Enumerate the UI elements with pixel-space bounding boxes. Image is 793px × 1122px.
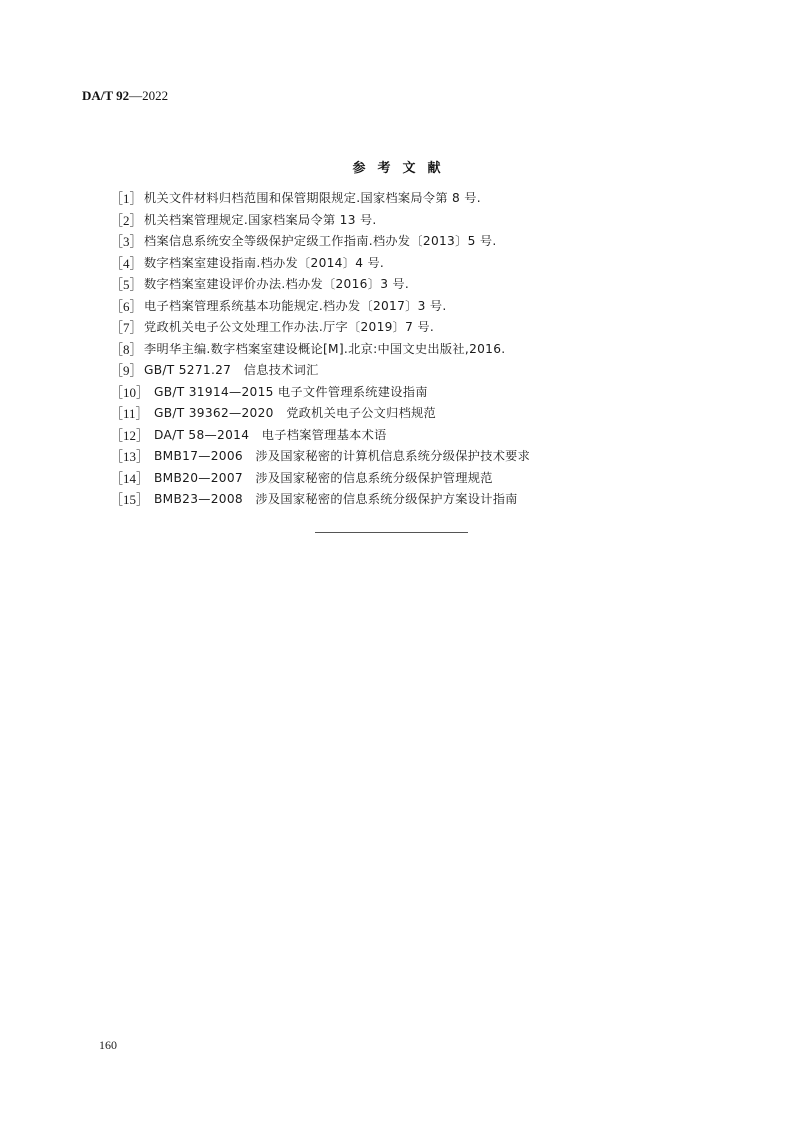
standard-year: —2022 — [129, 88, 168, 103]
reference-text: 机关文件材料归档范围和保管期限规定.国家档案局令第 8 号. — [144, 188, 481, 210]
reference-item: ［15］BMB23—2008 涉及国家秘密的信息系统分级保护方案设计指南 — [110, 489, 530, 511]
reference-item: ［11］GB/T 39362—2020 党政机关电子公文归档规范 — [110, 403, 530, 425]
reference-number: ［9］ — [110, 360, 144, 382]
reference-item: ［14］BMB20—2007 涉及国家秘密的信息系统分级保护管理规范 — [110, 468, 530, 490]
reference-number: ［13］ — [110, 446, 154, 468]
reference-text: 党政机关电子公文处理工作办法.厅字〔2019〕7 号. — [144, 317, 434, 339]
reference-text: BMB23—2008 涉及国家秘密的信息系统分级保护方案设计指南 — [154, 489, 518, 511]
reference-number: ［6］ — [110, 296, 144, 318]
reference-number: ［15］ — [110, 489, 154, 511]
reference-number: ［2］ — [110, 210, 144, 232]
reference-number: ［12］ — [110, 425, 154, 447]
reference-number: ［8］ — [110, 339, 144, 361]
reference-text: GB/T 39362—2020 党政机关电子公文归档规范 — [154, 403, 436, 425]
reference-item: ［2］机关档案管理规定.国家档案局令第 13 号. — [110, 210, 530, 232]
reference-text: DA/T 58—2014 电子档案管理基本术语 — [154, 425, 387, 447]
reference-text: 李明华主编.数字档案室建设概论[M].北京:中国文史出版社,2016. — [144, 339, 505, 361]
reference-number: ［11］ — [110, 403, 154, 425]
reference-item: ［6］电子档案管理系统基本功能规定.档办发〔2017〕3 号. — [110, 296, 530, 318]
document-header: DA/T 92—2022 — [82, 88, 168, 104]
page-number: 160 — [99, 1038, 117, 1053]
reference-item: ［9］GB/T 5271.27 信息技术词汇 — [110, 360, 530, 382]
reference-text: 档案信息系统安全等级保护定级工作指南.档办发〔2013〕5 号. — [144, 231, 497, 253]
section-title: 参考文献 — [0, 157, 793, 176]
end-rule-divider — [315, 532, 468, 533]
reference-text: 数字档案室建设指南.档办发〔2014〕4 号. — [144, 253, 384, 275]
reference-text: 数字档案室建设评价办法.档办发〔2016〕3 号. — [144, 274, 409, 296]
reference-number: ［5］ — [110, 274, 144, 296]
reference-text: BMB20—2007 涉及国家秘密的信息系统分级保护管理规范 — [154, 468, 493, 490]
reference-item: ［4］数字档案室建设指南.档办发〔2014〕4 号. — [110, 253, 530, 275]
reference-number: ［14］ — [110, 468, 154, 490]
reference-item: ［5］数字档案室建设评价办法.档办发〔2016〕3 号. — [110, 274, 530, 296]
reference-item: ［8］李明华主编.数字档案室建设概论[M].北京:中国文史出版社,2016. — [110, 339, 530, 361]
reference-text: BMB17—2006 涉及国家秘密的计算机信息系统分级保护技术要求 — [154, 446, 530, 468]
reference-list: ［1］机关文件材料归档范围和保管期限规定.国家档案局令第 8 号. ［2］机关档… — [110, 188, 530, 511]
reference-text: 电子档案管理系统基本功能规定.档办发〔2017〕3 号. — [144, 296, 447, 318]
reference-number: ［4］ — [110, 253, 144, 275]
reference-number: ［1］ — [110, 188, 144, 210]
reference-text: GB/T 5271.27 信息技术词汇 — [144, 360, 319, 382]
reference-item: ［1］机关文件材料归档范围和保管期限规定.国家档案局令第 8 号. — [110, 188, 530, 210]
reference-number: ［10］ — [110, 382, 154, 404]
reference-number: ［3］ — [110, 231, 144, 253]
reference-text: GB/T 31914—2015 电子文件管理系统建设指南 — [154, 382, 428, 404]
reference-text: 机关档案管理规定.国家档案局令第 13 号. — [144, 210, 377, 232]
reference-item: ［10］GB/T 31914—2015 电子文件管理系统建设指南 — [110, 382, 530, 404]
reference-item: ［7］党政机关电子公文处理工作办法.厅字〔2019〕7 号. — [110, 317, 530, 339]
reference-item: ［13］BMB17—2006 涉及国家秘密的计算机信息系统分级保护技术要求 — [110, 446, 530, 468]
reference-number: ［7］ — [110, 317, 144, 339]
reference-item: ［12］DA/T 58—2014 电子档案管理基本术语 — [110, 425, 530, 447]
reference-item: ［3］档案信息系统安全等级保护定级工作指南.档办发〔2013〕5 号. — [110, 231, 530, 253]
standard-code: DA/T 92 — [82, 88, 129, 103]
